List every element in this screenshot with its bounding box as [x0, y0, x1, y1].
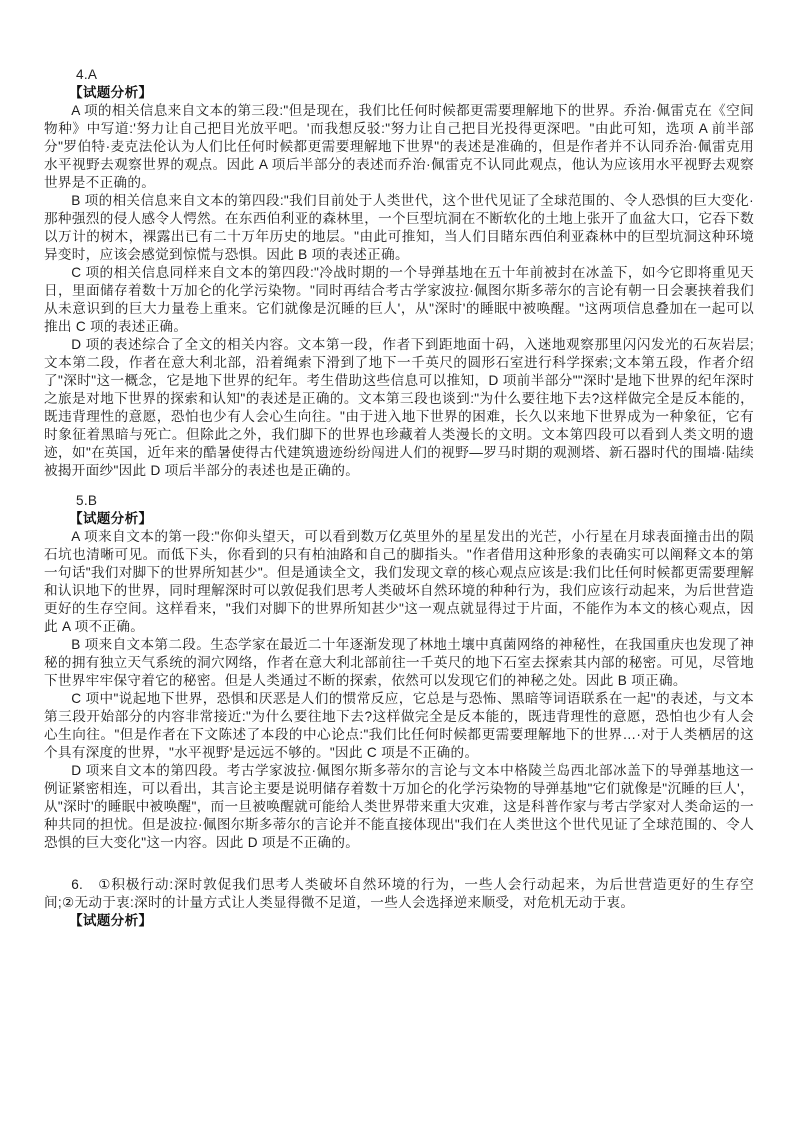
question-5-answer: 5.B [76, 492, 754, 510]
question-4-paragraph-option-d: D 项的表述综合了全文的相关内容。文本第一段，作者下到距地面十码，入迷地观察那里… [44, 336, 754, 480]
question-5-paragraph-option-a: A 项来自文本的第一段:"你仰头望天，可以看到数万亿英里外的星星发出的光芒，小行… [44, 528, 754, 636]
question-4-paragraph-option-b: B 项的相关信息来自文本的第四段:"我们目前处于人类世代，这个世代见证了全球范围… [44, 192, 754, 264]
question-4-section: 4.A 【试题分析】 A 项的相关信息来自文本的第三段:"但是现在，我们比任何时… [44, 66, 754, 480]
question-5-analysis-heading: 【试题分析】 [69, 510, 754, 528]
question-4-paragraph-option-a: A 项的相关信息来自文本的第三段:"但是现在，我们比任何时候都更需要理解地下的世… [44, 102, 754, 192]
question-4-paragraph-option-c: C 项的相关信息同样来自文本的第四段:"冷战时期的一个导弹基地在五十年前被封在冰… [44, 264, 754, 336]
question-5-paragraph-option-c: C 项中"说起地下世界，恐惧和厌恶是人们的惯常反应，它总是与恐怖、黑暗等词语联系… [44, 690, 754, 762]
document-page: 4.A 【试题分析】 A 项的相关信息来自文本的第三段:"但是现在，我们比任何时… [0, 0, 794, 1122]
question-6-section: 6. ①积极行动:深时敦促我们思考人类破坏自然环境的行为，一些人会行动起来，为后… [44, 876, 754, 930]
question-5-paragraph-option-b: B 项来自文本第二段。生态学家在最近二十年逐渐发现了林地土壤中真菌网络的神秘性，… [44, 636, 754, 690]
question-6-answer-paragraph: 6. ①积极行动:深时敦促我们思考人类破坏自然环境的行为，一些人会行动起来，为后… [44, 876, 754, 912]
question-5-paragraph-option-d: D 项来自文本的第四段。考古学家波拉·佩图尔斯多蒂尔的言论与文本中格陵兰岛西北部… [44, 762, 754, 852]
question-4-analysis-heading: 【试题分析】 [69, 84, 754, 102]
question-4-answer: 4.A [76, 66, 754, 84]
question-5-section: 5.B 【试题分析】 A 项来自文本的第一段:"你仰头望天，可以看到数万亿英里外… [44, 492, 754, 852]
question-6-analysis-heading: 【试题分析】 [69, 912, 754, 930]
